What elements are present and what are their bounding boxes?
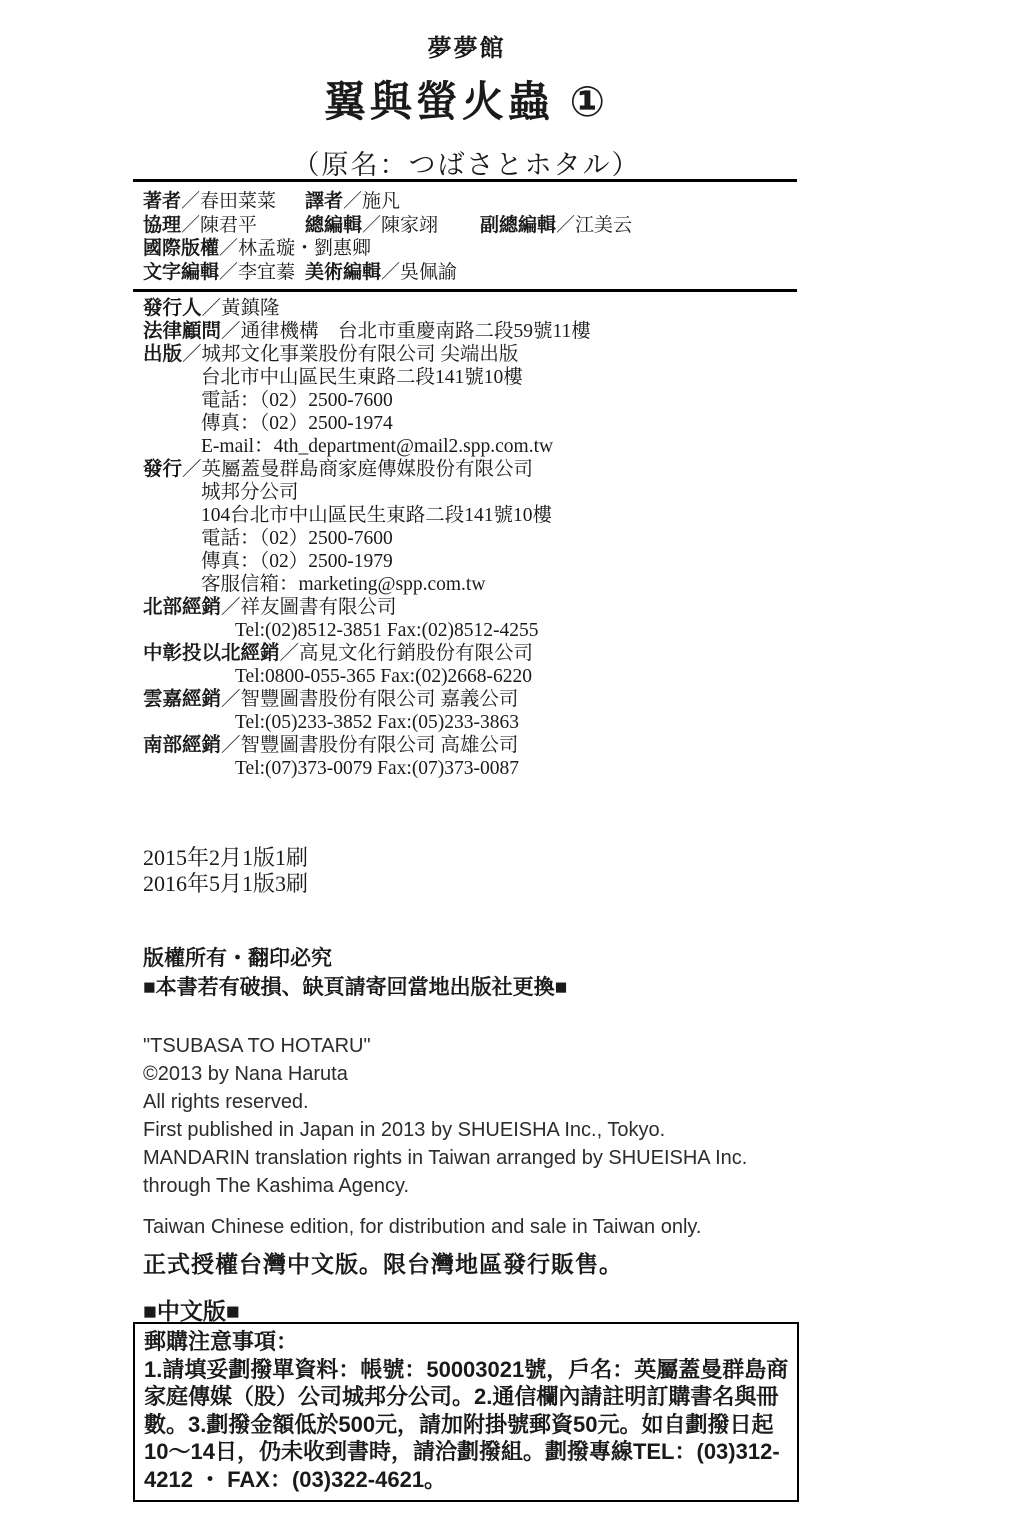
credits-section: 著者／春田菜菜 譯者／施凡 協理／陳君平 總編輯／陳家翊 副總編輯／江美云 國際… [143,186,800,280]
mail-order-notice-line: 4212 ・ FAX：(03)322-4621。 [144,1466,788,1494]
book-title: 翼與螢火蟲 ① [133,69,800,129]
publisher-line: 發行人／黃鎮隆 [143,297,803,320]
credit-text-editor: 文字編輯／李宜蓁 [143,257,295,284]
publisher-fax-line: 傳真：（02）2500-1974 [143,412,803,435]
north-distributor-tel-line: Tel:(02)8512-3851 Fax:(02)8512-4255 [143,619,803,642]
title-block: 夢夢館 翼與螢火蟲 ① （原名：つばさとホタル） [133,28,800,182]
south-distributor-line: 南部經銷／智豐圖書股份有限公司 高雄公司 [143,734,803,757]
rights-reserved-line: All rights reserved. [143,1088,747,1116]
yunjia-distributor-line: 雲嘉經銷／智豐圖書股份有限公司 嘉義公司 [143,688,803,711]
mail-order-notice-box: 郵購注意事項： 1.請填妥劃撥單資料：帳號：50003021號，戶名：英屬蓋曼群… [133,1322,799,1502]
legal-advisor-line: 法律顧問／通律機構 台北市重慶南路二段59號11樓 [143,320,803,343]
publisher-phone-line: 電話：（02）2500-7600 [143,389,803,412]
publisher-section: 發行人／黃鎮隆 法律顧問／通律機構 台北市重慶南路二段59號11樓 出版／城邦文… [143,297,803,780]
first-published-line: First published in Japan in 2013 by SHUE… [143,1116,747,1144]
customer-service-email-line: 客服信箱：marketing@spp.com.tw [143,573,803,596]
distributor-fax-line: 傳真：（02）2500-1979 [143,550,803,573]
print-history-section: 2015年2月1版1刷 2016年5月1版3刷 [143,845,308,897]
taiwan-edition-english-line: Taiwan Chinese edition, for distribution… [143,1216,701,1239]
colophon-page: 夢夢館 翼與螢火蟲 ① （原名：つばさとホタル） 著者／春田菜菜 譯者／施凡 協… [0,0,1012,1536]
latest-printing-line: 2016年5月1版3刷 [143,871,308,897]
publishing-company-line: 出版／城邦文化事業股份有限公司 尖端出版 [143,343,803,366]
north-distributor-line: 北部經銷／祥友圖書有限公司 [143,596,803,619]
credits-row-4: 文字編輯／李宜蓁 美術編輯／吳佩諭 [143,257,800,281]
taiwan-edition-section: Taiwan Chinese edition, for distribution… [143,1216,701,1279]
distributor-company-line: 發行／英屬蓋曼群島商家庭傳媒股份有限公司 [143,458,803,481]
mail-order-notice-line: 1.請填妥劃撥單資料：帳號：50003021號，戶名：英屬蓋曼群島商 [144,1356,788,1384]
copyright-notice-section: 版權所有・翻印必究 ■本書若有破損、缺頁請寄回當地出版社更換■ [143,944,567,1002]
first-printing-line: 2015年2月1版1刷 [143,845,308,871]
mail-order-notice-line: 數。3.劃撥金額低於500元，請加附掛號郵資50元。如自劃撥日起 [144,1411,788,1439]
publisher-address-line: 台北市中山區民生東路二段141號10樓 [143,366,803,389]
central-distributor-tel-line: Tel:0800-055-365 Fax:(02)2668-6220 [143,665,803,688]
credits-row-3: 國際版權／林孟璇・劉惠卿 [143,233,800,257]
imprint-name: 夢夢館 [133,28,800,63]
distributor-phone-line: 電話：（02）2500-7600 [143,527,803,550]
distributor-branch-line: 城邦分公司 [143,481,803,504]
credits-row-1: 著者／春田菜菜 譯者／施凡 [143,186,800,210]
original-title: （原名：つばさとホタル） [133,143,800,182]
all-rights-reserved-line: 版權所有・翻印必究 [143,944,567,973]
publisher-email-line: E-mail：4th_department@mail2.spp.com.tw [143,435,803,458]
translation-rights-line: MANDARIN translation rights in Taiwan ar… [143,1144,747,1172]
yunjia-distributor-tel-line: Tel:(05)233-3852 Fax:(05)233-3863 [143,711,803,734]
mail-order-notice-line: 10～14日，仍未收到書時，請洽劃撥組。劃撥專線TEL：(03)312- [144,1438,788,1466]
central-distributor-line: 中彰投以北經銷／高見文化行銷股份有限公司 [143,642,803,665]
mail-order-notice-title: 郵購注意事項： [144,1328,788,1356]
agency-line: through The Kashima Agency. [143,1172,747,1200]
distributor-address-line: 104台北市中山區民生東路二段141號10樓 [143,504,803,527]
divider-top [133,179,797,182]
english-copyright-section: "TSUBASA TO HOTARU" ©2013 by Nana Haruta… [143,1032,747,1200]
original-title-romanized: "TSUBASA TO HOTARU" [143,1032,747,1060]
mail-order-notice-line: 家庭傳媒（股）公司城邦分公司。2.通信欄內請註明訂購書名與冊 [144,1383,788,1411]
divider-credits [133,289,797,292]
taiwan-edition-chinese-line: 正式授權台灣中文版。限台灣地區發行販售。 [143,1246,701,1279]
south-distributor-tel-line: Tel:(07)373-0079 Fax:(07)373-0087 [143,757,803,780]
copyright-year-author: ©2013 by Nana Haruta [143,1060,747,1088]
credit-art-editor: 美術編輯／吳佩諭 [305,257,457,284]
credits-row-2: 協理／陳君平 總編輯／陳家翊 副總編輯／江美云 [143,210,800,234]
damaged-copy-notice-line: ■本書若有破損、缺頁請寄回當地出版社更換■ [143,973,567,1002]
